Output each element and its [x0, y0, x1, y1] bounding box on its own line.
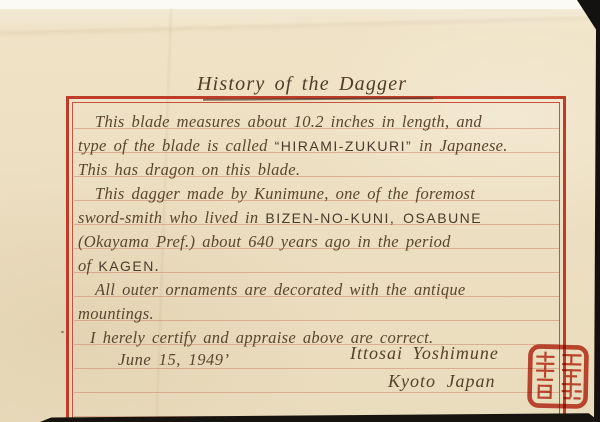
red-frame-left-inner	[72, 102, 73, 422]
handwritten-text: (Okayama Pref.) about 640 years ago in t…	[78, 232, 451, 251]
document-line: All outer ornaments are decorated with t…	[95, 278, 466, 301]
kanji-seal-stamp-icon	[525, 343, 590, 410]
handwritten-text: .	[155, 256, 159, 275]
handwritten-text: This dagger made by Kunimune, one of the…	[95, 184, 475, 203]
date-line: June 15, 1949’	[118, 350, 230, 370]
scan-edge-top	[0, 0, 600, 9]
document-line: sword-smith who lived in BIZEN-NO-KUNI, …	[78, 206, 482, 230]
handwritten-text: type of the blade is called	[78, 136, 275, 155]
signature-place: Kyoto Japan	[388, 371, 496, 392]
red-frame-left-outer	[66, 96, 69, 422]
document-line: This blade measures about 10.2 inches in…	[95, 110, 482, 133]
handwritten-text: mountings.	[78, 304, 154, 323]
handwritten-text: This blade measures about 10.2 inches in…	[95, 112, 482, 131]
printed-caps-text: “HIRAMI-ZUKURI”	[275, 138, 413, 154]
printed-caps-text: KAGEN	[98, 258, 155, 274]
document-line: type of the blade is called “HIRAMI-ZUKU…	[78, 134, 508, 158]
document-line: mountings.	[78, 302, 154, 325]
ink-speck	[61, 331, 64, 333]
document-line: of KAGEN.	[78, 254, 159, 278]
printed-caps-text: BIZEN-NO-KUNI, OSABUNE	[265, 210, 482, 226]
document-title: History of the Dagger	[197, 73, 407, 96]
handwritten-text: This has dragon on this blade.	[78, 160, 300, 179]
handwritten-text: of	[78, 256, 98, 275]
ruled-line	[74, 392, 559, 393]
document-line: This has dragon on this blade.	[78, 158, 300, 181]
scanned-certificate: History of the Dagger This blade measure…	[0, 0, 600, 422]
red-frame-top-inner	[72, 102, 560, 103]
document-line: (Okayama Pref.) about 640 years ago in t…	[78, 230, 451, 253]
signature-name: Ittosai Yoshimune	[350, 343, 499, 364]
handwritten-text: sword-smith who lived in	[78, 208, 265, 227]
handwritten-text: All outer ornaments are decorated with t…	[95, 280, 466, 299]
document-line: This dagger made by Kunimune, one of the…	[95, 182, 475, 205]
handwritten-text: in Japanese.	[412, 136, 508, 155]
